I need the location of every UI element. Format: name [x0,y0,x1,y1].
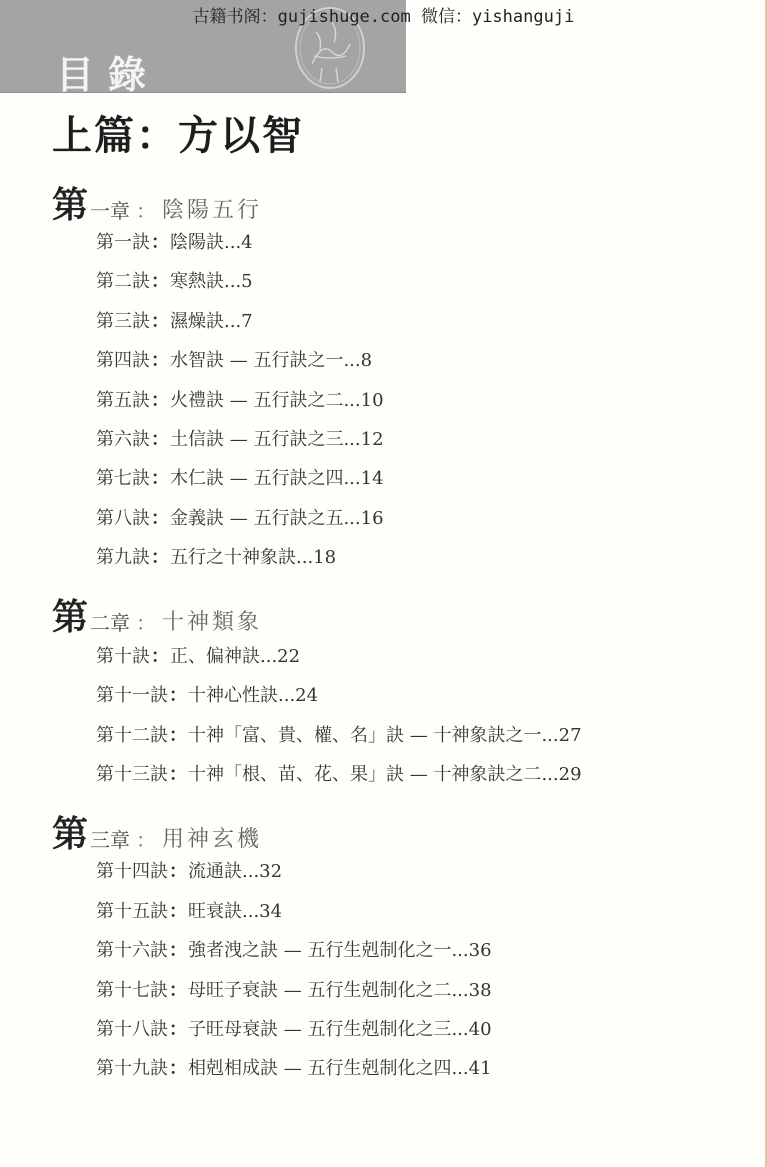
entry-label: 第十八訣 [96,1019,168,1040]
entry-label: 第十一訣 [96,685,168,706]
toc-entry[interactable]: 第十六訣：強者洩之訣 — 五行生剋制化之一...36 [96,939,492,963]
entry-page: ...41 [451,1058,491,1079]
chapter-number: 二章 [90,610,130,636]
entry-page: ...36 [451,940,491,961]
entry-page: ...16 [343,508,383,529]
entry-title: 五行之十神象訣 [170,547,296,568]
entry-label: 第九訣 [96,547,150,568]
toc-entry[interactable]: 第十二訣：十神「富、貴、權、名」訣 — 十神象訣之一...27 [96,724,582,748]
chapter-heading: 第 二章 ： 十神類象 [52,598,262,636]
entry-page: ...18 [296,547,336,568]
toc-entry[interactable]: 第二訣：寒熱訣...5 [96,270,253,294]
entry-title: 流通訣 [188,861,242,882]
entry-label: 第六訣 [96,429,150,450]
chapter-name: 用神玄機 [162,827,262,853]
entry-title: 木仁訣 — 五行訣之四 [170,468,343,489]
entry-title: 寒熱訣 [170,271,224,292]
entry-page: ...29 [541,764,581,785]
toc-title: 目錄 [56,44,160,99]
chapter-name: 陰陽五行 [162,198,262,224]
toc-entry[interactable]: 第十訣：正、偏神訣...22 [96,645,300,669]
toc-entry[interactable]: 第八訣：金義訣 — 五行訣之五...16 [96,507,384,531]
entry-title: 正、偏神訣 [170,646,260,667]
entry-title: 濕燥訣 [170,311,224,332]
entry-page: ...4 [224,232,253,253]
entry-title: 十神「富、貴、權、名」訣 — 十神象訣之一 [188,725,541,746]
entry-label: 第十五訣 [96,901,168,922]
entry-title: 水智訣 — 五行訣之一 [170,350,343,371]
entry-label: 第五訣 [96,390,150,411]
entry-page: ...32 [242,861,282,882]
chapter-separator: ： [136,198,156,224]
entry-title: 子旺母衰訣 — 五行生剋制化之三 [188,1019,451,1040]
toc-entry[interactable]: 第十三訣：十神「根、苗、花、果」訣 — 十神象訣之二...29 [96,763,582,787]
chapter-prefix: 第 [52,186,88,224]
entry-title: 相剋相成訣 — 五行生剋制化之四 [188,1058,451,1079]
entry-title: 十神「根、苗、花、果」訣 — 十神象訣之二 [188,764,541,785]
toc-entry[interactable]: 第六訣：土信訣 — 五行訣之三...12 [96,428,384,452]
entry-label: 第三訣 [96,311,150,332]
entry-label: 第七訣 [96,468,150,489]
entry-label: 第十七訣 [96,980,168,1001]
entry-page: ...14 [343,468,383,489]
toc-entry[interactable]: 第一訣：陰陽訣...4 [96,231,253,255]
toc-entry[interactable]: 第四訣：水智訣 — 五行訣之一...8 [96,349,372,373]
entry-label: 第二訣 [96,271,150,292]
watermark: 古籍书阁：gujishuge.com 微信：yishanguji [0,2,767,27]
entry-page: ...34 [242,901,282,922]
entry-title: 旺衰訣 [188,901,242,922]
chapter-separator: ： [136,610,156,636]
entry-label: 第十六訣 [96,940,168,961]
entry-title: 十神心性訣 [188,685,278,706]
chapter-name: 十神類象 [162,610,262,636]
entry-page: ...10 [343,390,383,411]
entry-title: 火禮訣 — 五行訣之二 [170,390,343,411]
entry-page: ...7 [224,311,253,332]
entry-label: 第十訣 [96,646,150,667]
entry-page: ...12 [343,429,383,450]
entry-page: ...27 [541,725,581,746]
toc-entry[interactable]: 第十一訣：十神心性訣...24 [96,684,318,708]
toc-entry[interactable]: 第十七訣：母旺子衰訣 — 五行生剋制化之二...38 [96,979,492,1003]
entry-page: ...40 [451,1019,491,1040]
entry-page: ...24 [278,685,318,706]
entry-label: 第十九訣 [96,1058,168,1079]
toc-entry[interactable]: 第十四訣：流通訣...32 [96,860,282,884]
toc-entry[interactable]: 第五訣：火禮訣 — 五行訣之二...10 [96,389,384,413]
chapter-prefix: 第 [52,598,88,636]
entry-label: 第十四訣 [96,861,168,882]
entry-label: 第十三訣 [96,764,168,785]
chapter-number: 一章 [90,198,130,224]
part-title: 上篇：方以智 [52,104,304,161]
entry-title: 母旺子衰訣 — 五行生剋制化之二 [188,980,451,1001]
toc-entry[interactable]: 第十五訣：旺衰訣...34 [96,900,282,924]
toc-entry[interactable]: 第七訣：木仁訣 — 五行訣之四...14 [96,467,384,491]
chapter-separator: ： [136,827,156,853]
entry-page: ...22 [260,646,300,667]
entry-page: ...38 [451,980,491,1001]
entry-label: 第一訣 [96,232,150,253]
entry-label: 第八訣 [96,508,150,529]
chapter-heading: 第 三章 ： 用神玄機 [52,815,262,853]
toc-entry[interactable]: 第九訣：五行之十神象訣...18 [96,546,336,570]
entry-title: 金義訣 — 五行訣之五 [170,508,343,529]
entry-page: ...8 [343,350,372,371]
chapter-number: 三章 [90,827,130,853]
toc-entry[interactable]: 第十九訣：相剋相成訣 — 五行生剋制化之四...41 [96,1057,492,1081]
entry-label: 第十二訣 [96,725,168,746]
entry-title: 土信訣 — 五行訣之三 [170,429,343,450]
entry-page: ...5 [224,271,253,292]
chapter-prefix: 第 [52,815,88,853]
entry-label: 第四訣 [96,350,150,371]
entry-title: 強者洩之訣 — 五行生剋制化之一 [188,940,451,961]
chapter-heading: 第 一章 ： 陰陽五行 [52,186,262,224]
toc-entry[interactable]: 第十八訣：子旺母衰訣 — 五行生剋制化之三...40 [96,1018,492,1042]
toc-entry[interactable]: 第三訣：濕燥訣...7 [96,310,253,334]
entry-title: 陰陽訣 [170,232,224,253]
